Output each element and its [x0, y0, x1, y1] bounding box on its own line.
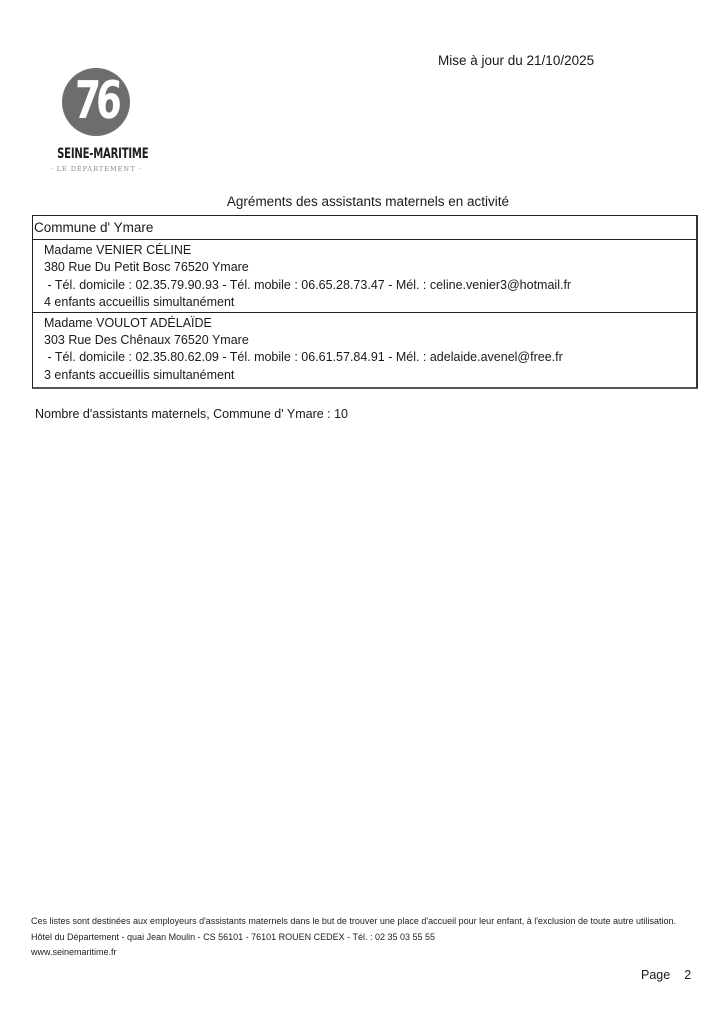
- assistant-capacity: 4 enfants accueillis simultanément: [44, 294, 696, 311]
- footer: Ces listes sont destinées aux employeurs…: [31, 914, 701, 961]
- update-date: Mise à jour du 21/10/2025: [438, 53, 594, 68]
- commune-header: Commune d' Ymare: [33, 216, 696, 240]
- assistant-contact: - Tél. domicile : 02.35.79.90.93 - Tél. …: [44, 277, 696, 294]
- page-label: Page: [641, 968, 670, 982]
- assistant-name: Madame VOULOT ADÉLAÏDE: [44, 315, 696, 332]
- assistants-table: Commune d' Ymare Madame VENIER CÉLINE 38…: [32, 215, 698, 389]
- seine-maritime-logo: 76 SEINE-MARITIME · LE DÉPARTEMENT ·: [42, 66, 150, 178]
- assistant-address: 380 Rue Du Petit Bosc 76520 Ymare: [44, 259, 696, 276]
- assistant-capacity: 3 enfants accueillis simultanément: [44, 367, 696, 384]
- footer-disclaimer: Ces listes sont destinées aux employeurs…: [31, 914, 701, 930]
- assistant-contact: - Tél. domicile : 02.35.80.62.09 - Tél. …: [44, 349, 696, 366]
- document-title: Agréments des assistants maternels en ac…: [0, 194, 724, 209]
- assistant-name: Madame VENIER CÉLINE: [44, 242, 696, 259]
- assistant-entry: Madame VENIER CÉLINE 380 Rue Du Petit Bo…: [33, 240, 696, 313]
- logo-number: 76: [70, 66, 122, 136]
- footer-address: Hôtel du Département - quai Jean Moulin …: [31, 930, 701, 946]
- logo-name: SEINE-MARITIME: [57, 146, 135, 162]
- page-indicator: Page2: [641, 968, 691, 982]
- assistant-address: 303 Rue Des Chênaux 76520 Ymare: [44, 332, 696, 349]
- page-number: 2: [684, 968, 691, 982]
- assistant-count: Nombre d'assistants maternels, Commune d…: [35, 407, 348, 421]
- logo-subtitle: · LE DÉPARTEMENT ·: [42, 165, 150, 173]
- footer-website: www.seinemaritime.fr: [31, 945, 701, 961]
- assistant-entry: Madame VOULOT ADÉLAÏDE 303 Rue Des Chêna…: [33, 313, 696, 387]
